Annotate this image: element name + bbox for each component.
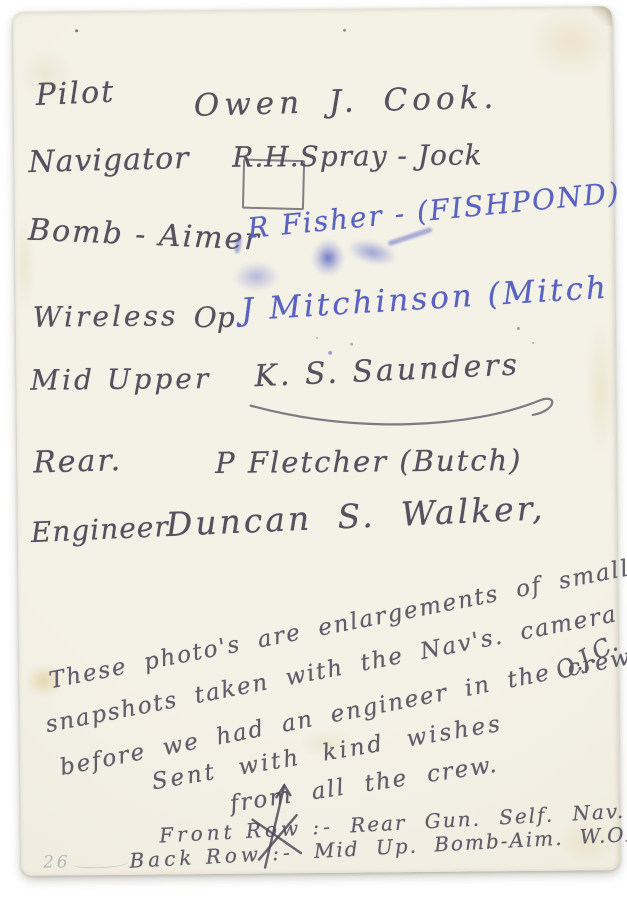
- photo-back-paper: Pilot Owen J. Cook. Navigator R.H.Spray …: [13, 6, 620, 876]
- crew-name: P Fletcher (Butch): [215, 445, 523, 480]
- ink-speck: [350, 343, 353, 346]
- arrow-doodle: [246, 779, 311, 875]
- crew-role: Engineer: [30, 512, 169, 549]
- ink-speck: [517, 327, 520, 330]
- box-doodle: [242, 159, 305, 211]
- ink-speck: [343, 29, 346, 32]
- crew-name-prefix: Op.: [194, 303, 244, 334]
- underline-flourish: [246, 385, 576, 438]
- ink-speck: [316, 337, 318, 339]
- crew-role: Pilot: [35, 76, 116, 113]
- ink-speck: [532, 342, 534, 344]
- ink-blot: [233, 261, 279, 291]
- crew-role: Mid Upper: [30, 364, 211, 397]
- crew-role: Navigator: [28, 142, 190, 179]
- crew-name: Owen J. Cook.: [193, 81, 498, 123]
- margin-scribble: [73, 858, 128, 869]
- ink-blot: [311, 239, 345, 277]
- crew-role: Bomb - Aimer: [27, 214, 261, 257]
- ink-speck: [75, 29, 78, 32]
- margin-mark: 26: [43, 853, 71, 872]
- ink-speck: [328, 351, 332, 355]
- crew-name: J Mitchinson (Mitch: [240, 271, 610, 328]
- corner-wear: [592, 6, 612, 26]
- crew-name: Duncan S. Walker,: [165, 490, 546, 543]
- crew-role: Wireless: [33, 301, 179, 333]
- ink-blot: [345, 235, 399, 270]
- crew-role: Rear.: [33, 444, 123, 479]
- age-stain: [584, 321, 617, 456]
